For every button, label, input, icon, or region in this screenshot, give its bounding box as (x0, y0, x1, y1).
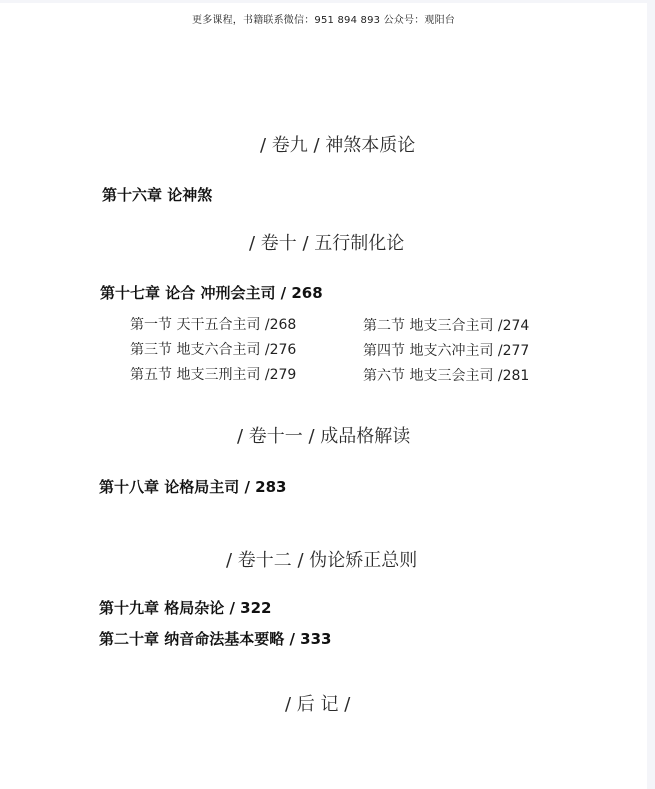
section-4: 第四节 地支六冲主司 /277 (363, 340, 529, 360)
chapter-19: 第十九章 格局杂论 / 322 (99, 597, 271, 618)
volume-title-10: / 卷十 / 五行制化论 (249, 229, 404, 255)
volume-title-9: / 卷九 / 神煞本质论 (260, 131, 415, 157)
section-2: 第二节 地支三合主司 /274 (363, 315, 529, 335)
section-6: 第六节 地支三会主司 /281 (363, 365, 529, 385)
section-1: 第一节 天干五合主司 /268 (130, 314, 296, 334)
document-page: 更多课程，书籍联系微信：951 894 893 公众号：观阳台 / 卷九 / 神… (0, 3, 647, 789)
section-5: 第五节 地支三刑主司 /279 (130, 364, 296, 384)
chapter-17: 第十七章 论合 冲刑会主司 / 268 (100, 282, 323, 303)
header-contact-note: 更多课程，书籍联系微信：951 894 893 公众号：观阳台 (0, 11, 647, 26)
afterword-title: / 后 记 / (285, 690, 350, 716)
volume-title-11: / 卷十一 / 成品格解读 (237, 422, 410, 448)
volume-title-12: / 卷十二 / 伪论矫正总则 (226, 546, 417, 572)
chapter-20: 第二十章 纳音命法基本要略 / 333 (99, 628, 331, 649)
chapter-18: 第十八章 论格局主司 / 283 (99, 476, 286, 497)
chapter-16: 第十六章 论神煞 (102, 184, 212, 205)
section-3: 第三节 地支六合主司 /276 (130, 339, 296, 359)
